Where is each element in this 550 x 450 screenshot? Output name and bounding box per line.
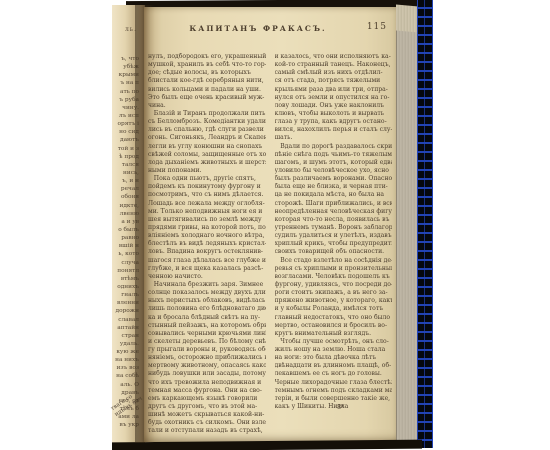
- text-fragment-line: лъ исп: [115, 112, 139, 120]
- text-line: фургону, удивляясь, что посреди до-: [275, 281, 393, 289]
- text-line: будь охотникъ съ силкомъ. Они взле-: [148, 419, 266, 427]
- text-line: пѣніе снѣга подъ чьимъ-то тяжелымъ: [275, 151, 393, 159]
- text-fragment-line: крыми: [115, 71, 139, 79]
- text-line: Пока одни пьютъ, другіе спятъ,: [148, 175, 266, 183]
- text-fragment-line: дорожн: [115, 307, 139, 315]
- text-line: шинѣ можетъ скрываться какой-ни-: [148, 411, 266, 419]
- text-fragment-line: аль. О: [115, 381, 139, 389]
- text-fragment-line: тался: [115, 161, 139, 169]
- text-fragment-line: той и з: [115, 145, 139, 153]
- text-fragment-line: ъ, что: [115, 55, 139, 63]
- text-line: и казалось, что они исполняютъ ка-: [275, 53, 393, 61]
- text-fragment-line: въ укр: [115, 421, 139, 429]
- text-line: емъ каркающемъ языкѣ говорили: [148, 395, 266, 403]
- text-fragment-line: на собѣ: [115, 372, 139, 380]
- text-line: пряжено животное, у котораго, какъ: [275, 297, 393, 305]
- text-line: солнце показалось между двухъ длин-: [148, 289, 266, 297]
- text-line: роги стоитъ экипажъ, а въ него за-: [275, 289, 393, 297]
- text-line: прядями гривы, на которой потъ, подъ: [148, 224, 266, 232]
- text-fragment-line: чину.: [115, 104, 139, 112]
- text-fragment-line: славал: [115, 316, 139, 324]
- text-fragment-line: убѣж: [115, 63, 139, 71]
- text-line: лись въ спальню, гдѣ слуги развели: [148, 126, 266, 134]
- text-line: нулъ, подбородокъ его, украшенный: [148, 53, 266, 61]
- text-line: что ихъ тревожила неподвижная и: [148, 379, 266, 387]
- text-line: хриплый крикъ, чтобы предупредить: [275, 240, 393, 248]
- left-page-head-fragment: ль.: [125, 26, 137, 33]
- text-fragment-line: ъ руба: [115, 96, 139, 104]
- text-fragment-line: речал: [115, 185, 139, 193]
- text-fragment-line: а и ув: [115, 218, 139, 226]
- book-bottom-edge-shadow: [112, 440, 422, 450]
- text-line: которая что-то несла, появилась въ: [275, 216, 393, 224]
- text-line: лишь половина его блѣдноватаго дис-: [148, 305, 266, 313]
- text-line: темная масса фургона. Они на сво-: [148, 387, 266, 395]
- text-line: былъ различаемъ воронами. Опасность: [275, 175, 393, 183]
- text-line: самый смѣлый изъ нихъ отдѣлил-: [275, 69, 393, 77]
- text-fragment-line: гналъ: [115, 291, 139, 299]
- text-fragment-line: случа: [115, 259, 139, 267]
- text-line: няніемъ, осторожно приближались къ: [148, 354, 266, 362]
- text-line: темнымъ огнемъ подъ складками ма-: [275, 387, 393, 395]
- text-line: Все стадо взлетѣло на сосѣднія де-: [275, 257, 393, 265]
- text-line: Начинала брезжить заря. Зимнее: [148, 281, 266, 289]
- text-line: ся отъ стада, потрясъ тяжелыми: [275, 77, 393, 85]
- text-fragment-line: втѣмъ: [115, 275, 139, 283]
- running-head-title: КАПИТАНЪ ФРАКАСЪ.: [144, 24, 372, 33]
- text-line: тали и отступали назадъ въ страхѣ,: [148, 427, 266, 435]
- text-fragment-line: понятл: [115, 267, 139, 275]
- text-line: уловило бы человѣческое ухо, ясно: [275, 167, 393, 175]
- text-line: судилъ удалиться и улетѣлъ, издавъ: [275, 232, 393, 240]
- text-line: мушкой, хранилъ въ себѣ что-то гор-: [148, 61, 266, 69]
- text-line: Лошадь все лежала между оглобля-: [148, 200, 266, 208]
- text-line: и скелеты деревьевъ. По бѣлому снѣ-: [148, 338, 266, 346]
- text-line: шать.: [275, 134, 393, 142]
- text-line: и у кобылы Роланда, имѣлся тотъ: [275, 305, 393, 313]
- book-spread-photo: ль. ъ, чтоубѣжкрымиъ на пать поъ рубачин…: [0, 0, 550, 450]
- text-line: возгласами. Человѣкъ подошелъ къ: [275, 273, 393, 281]
- text-line: другъ съ другомъ, что въ этой ма-: [148, 403, 266, 411]
- text-line: Это былъ еще очень красивый муж-: [148, 94, 266, 102]
- text-line: вліяніемъ холоднаго ночного вѣтра,: [148, 232, 266, 240]
- text-fragment-line: орятъ і: [115, 120, 139, 128]
- text-line: нибудь ловушки или засады, потому: [148, 370, 266, 378]
- text-line: огонь. Сигоньякъ, Леандръ и Скапенъ: [148, 134, 266, 142]
- text-fragment-line: аптайн: [115, 324, 139, 332]
- text-fragment-line: но сид: [115, 128, 139, 136]
- text-line: блистали кое-гдѣ серебряныя нити,: [148, 77, 266, 85]
- text-line: на ноги: это была дѣвочка лѣтъ: [275, 354, 393, 362]
- text-column-left: нулъ, подбородокъ его, украшенныймушкой,…: [148, 53, 266, 436]
- text-line: вились кольцами и падали на уши.: [148, 86, 266, 94]
- right-page: КАПИТАНЪ ФРАКАСЪ. 115 нулъ, подбородокъ …: [144, 7, 396, 442]
- text-line: ми. Только неподвижныя ноги ея и: [148, 208, 266, 216]
- text-line: Черные лихорадочные глаза блестѣли: [275, 379, 393, 387]
- text-fragment-line: нись,: [115, 169, 139, 177]
- text-line: съ Белломброзъ. Комедіантки удали-: [148, 118, 266, 126]
- text-line: мертвому животному, опасаясь какой-: [148, 362, 266, 370]
- text-line: шагося глаза дѣлалась все глубже и: [148, 257, 266, 265]
- fore-edge-page-stack: [396, 6, 418, 442]
- text-fragment-line: ь, кото: [115, 250, 139, 258]
- text-fragment-line: ъ, и н: [115, 177, 139, 185]
- text-fragment-line: стран: [115, 332, 139, 340]
- text-line: глубже, и вся щека казалась разсѣ-: [148, 265, 266, 273]
- text-line: дое; сѣдые волосы, въ которыхъ: [148, 69, 266, 77]
- left-page-text-fragments: ъ, чтоубѣжкрымиъ на пать поъ рубачину.лъ…: [115, 55, 139, 429]
- book-cover-edge: [417, 0, 433, 448]
- text-line: Чтобы лучше осмотрѣть, онъ сло-: [275, 338, 393, 346]
- text-line: посмотримъ, что съ нимъ дѣлается.: [148, 191, 266, 199]
- text-line: двѣнадцати въ длинномъ плащѣ, об-: [275, 362, 393, 370]
- text-line: блестѣлъ въ видѣ ледяныхъ кристал-: [148, 240, 266, 248]
- text-fragment-line: ать по: [115, 88, 139, 96]
- text-line: шея вытягивались по землѣ между: [148, 216, 266, 224]
- text-line: кругъ внимательный взглядъ.: [275, 330, 393, 338]
- text-line: утреннемъ туманѣ. Воронъ заблагораз-: [275, 224, 393, 232]
- text-line: ныхъ перистыхъ облаковъ, видѣлась: [148, 297, 266, 305]
- text-line: своихъ товарищей объ опасности.: [275, 248, 393, 256]
- text-fragment-line: вленни: [115, 299, 139, 307]
- text-line: неопредѣленная человѣческая фигура,: [275, 208, 393, 216]
- text-line: ка и бросала блѣдный свѣтъ на пу-: [148, 314, 266, 322]
- text-line: чина.: [148, 102, 266, 110]
- text-line: ца не покидала мѣста, но была на: [275, 191, 393, 199]
- text-line: шагомъ, и шумъ этотъ, который едва: [275, 159, 393, 167]
- text-line: ревья съ хриплыми и пронзительными: [275, 265, 393, 273]
- text-line: кой-то странный танецъ. Наконецъ,: [275, 61, 393, 69]
- text-line: пойдемъ къ покинутому фургону и: [148, 183, 266, 191]
- text-line: была еще не близка, и черная пти-: [275, 183, 393, 191]
- text-fragment-line: лвеню: [115, 210, 139, 218]
- text-line: свѣжей соломы, защищенные отъ хо-: [148, 151, 266, 159]
- text-column-right: и казалось, что они исполняютъ ка-кой-то…: [275, 53, 393, 436]
- page-number: 115: [367, 22, 387, 32]
- text-line: стынный пейзажъ, на которомъ обри-: [148, 322, 266, 330]
- text-line: глаза у трупа, какъ вдругъ остано-: [275, 118, 393, 126]
- text-line: вился, нахохлилъ перья и сталъ слу-: [275, 126, 393, 134]
- text-fragment-line: обоня: [115, 193, 139, 201]
- text-line: лода дыханіемъ животныхъ и шерстя-: [148, 159, 266, 167]
- text-fragment-line: ъ на п: [115, 79, 139, 87]
- text-line: мертво, остановился и бросилъ во-: [275, 322, 393, 330]
- text-line: клювъ, чтобы выколоть и вырвать: [275, 110, 393, 118]
- text-line: сторожѣ. Шаги приближались, и вскорѣ: [275, 200, 393, 208]
- text-line: теріи, и были совершенно такіе же,: [275, 395, 393, 403]
- text-line: лову лошади. Онъ уже наклонилъ: [275, 102, 393, 110]
- text-line: совывались черными крючьями линіи: [148, 330, 266, 338]
- text-line: легли въ углу конюшни на снопахъ: [148, 143, 266, 151]
- text-fragment-line: равно: [115, 234, 139, 242]
- text-block: нулъ, подбородокъ его, украшенныймушкой,…: [148, 53, 392, 436]
- left-page-edge: ль. ъ, чтоубѣжкрымиъ на пать поъ рубачин…: [112, 5, 145, 443]
- text-line: ловъ. Впадина вокругъ остеклянив-: [148, 248, 266, 256]
- signature-mark: 8*: [337, 403, 344, 411]
- text-fragment-line: ѣ прод: [115, 153, 139, 161]
- text-fragment-line: идкте,: [115, 202, 139, 210]
- text-fragment-line: однихъ: [115, 283, 139, 291]
- text-line: Блазій и Тиранъ продолжали пить: [148, 110, 266, 118]
- text-fragment-line: изъ воз: [115, 364, 139, 372]
- text-line: какъ у Шикиты. Нитка: [275, 403, 393, 411]
- text-line: ными попонами.: [148, 167, 266, 175]
- text-fragment-line: на нихъ: [115, 356, 139, 364]
- text-line: Вдали по дорогѣ раздавалось скри-: [275, 143, 393, 151]
- text-line: крыльями раза два или три, отпра-: [275, 86, 393, 94]
- text-fragment-line: даютъ: [115, 136, 139, 144]
- text-fragment-line: о былъ: [115, 226, 139, 234]
- text-fragment-line: удаль.: [115, 340, 139, 348]
- text-line: лекавшемъ ее съ ногъ до головы.: [275, 370, 393, 378]
- text-line: жилъ ношу на землю. Ноша стала: [275, 346, 393, 354]
- text-fragment-line: вшій н: [115, 242, 139, 250]
- text-line: ченною начисто.: [148, 273, 266, 281]
- text-line: главный недостатокъ, что оно было: [275, 314, 393, 322]
- text-line: гу прыгали вороны и, руководясь обо-: [148, 346, 266, 354]
- text-fragment-line: кую же: [115, 348, 139, 356]
- text-line: нулся отъ земли и опустился на го-: [275, 94, 393, 102]
